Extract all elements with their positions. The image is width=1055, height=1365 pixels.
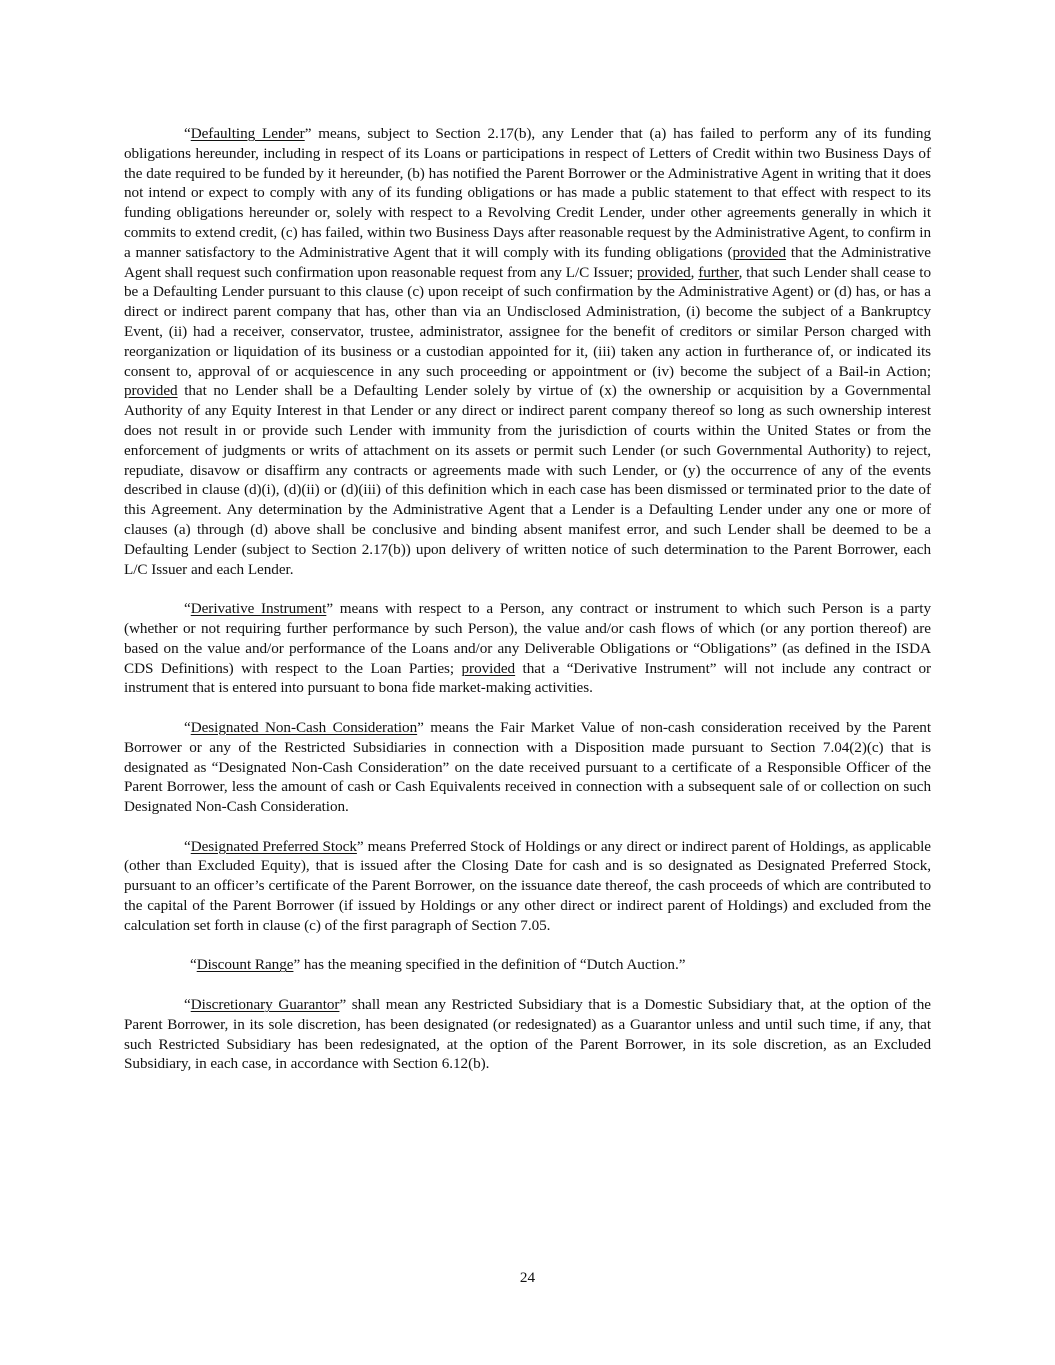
quote-mark: “: [184, 600, 191, 617]
definition-designated-preferred-stock: “Designated Preferred Stock” means Prefe…: [124, 837, 931, 936]
defined-term: Derivative Instrument: [191, 600, 327, 617]
proviso-term: provided: [637, 264, 691, 281]
definition-defaulting-lender: “Defaulting Lender” means, subject to Se…: [124, 124, 931, 579]
page-number: 24: [0, 1268, 1055, 1288]
defined-term: Discretionary Guarantor: [191, 996, 340, 1013]
proviso-term: further: [698, 264, 738, 281]
proviso-term: provided: [732, 244, 786, 261]
defined-term: Discount Range: [197, 956, 294, 973]
definition-text: ” means, subject to Section 2.17(b), any…: [124, 125, 931, 261]
defined-term: Designated Non-Cash Consideration: [191, 719, 417, 736]
definition-discount-range: “Discount Range” has the meaning specifi…: [124, 955, 931, 975]
quote-mark: “: [190, 956, 197, 973]
document-page: “Defaulting Lender” means, subject to Se…: [124, 124, 931, 1094]
proviso-term: provided: [124, 382, 178, 399]
definition-text: that no Lender shall be a Defaulting Len…: [124, 382, 931, 577]
quote-mark: “: [184, 125, 191, 142]
defined-term: Defaulting Lender: [191, 125, 305, 142]
definition-designated-non-cash-consideration: “Designated Non-Cash Consideration” mean…: [124, 718, 931, 817]
quote-mark: “: [184, 838, 191, 855]
definition-discretionary-guarantor: “Discretionary Guarantor” shall mean any…: [124, 995, 931, 1074]
definition-text: ” has the meaning specified in the defin…: [293, 956, 685, 973]
defined-term: Designated Preferred Stock: [191, 838, 357, 855]
quote-mark: “: [184, 996, 191, 1013]
quote-mark: “: [184, 719, 191, 736]
definition-derivative-instrument: “Derivative Instrument” means with respe…: [124, 599, 931, 698]
proviso-term: provided: [462, 660, 516, 677]
